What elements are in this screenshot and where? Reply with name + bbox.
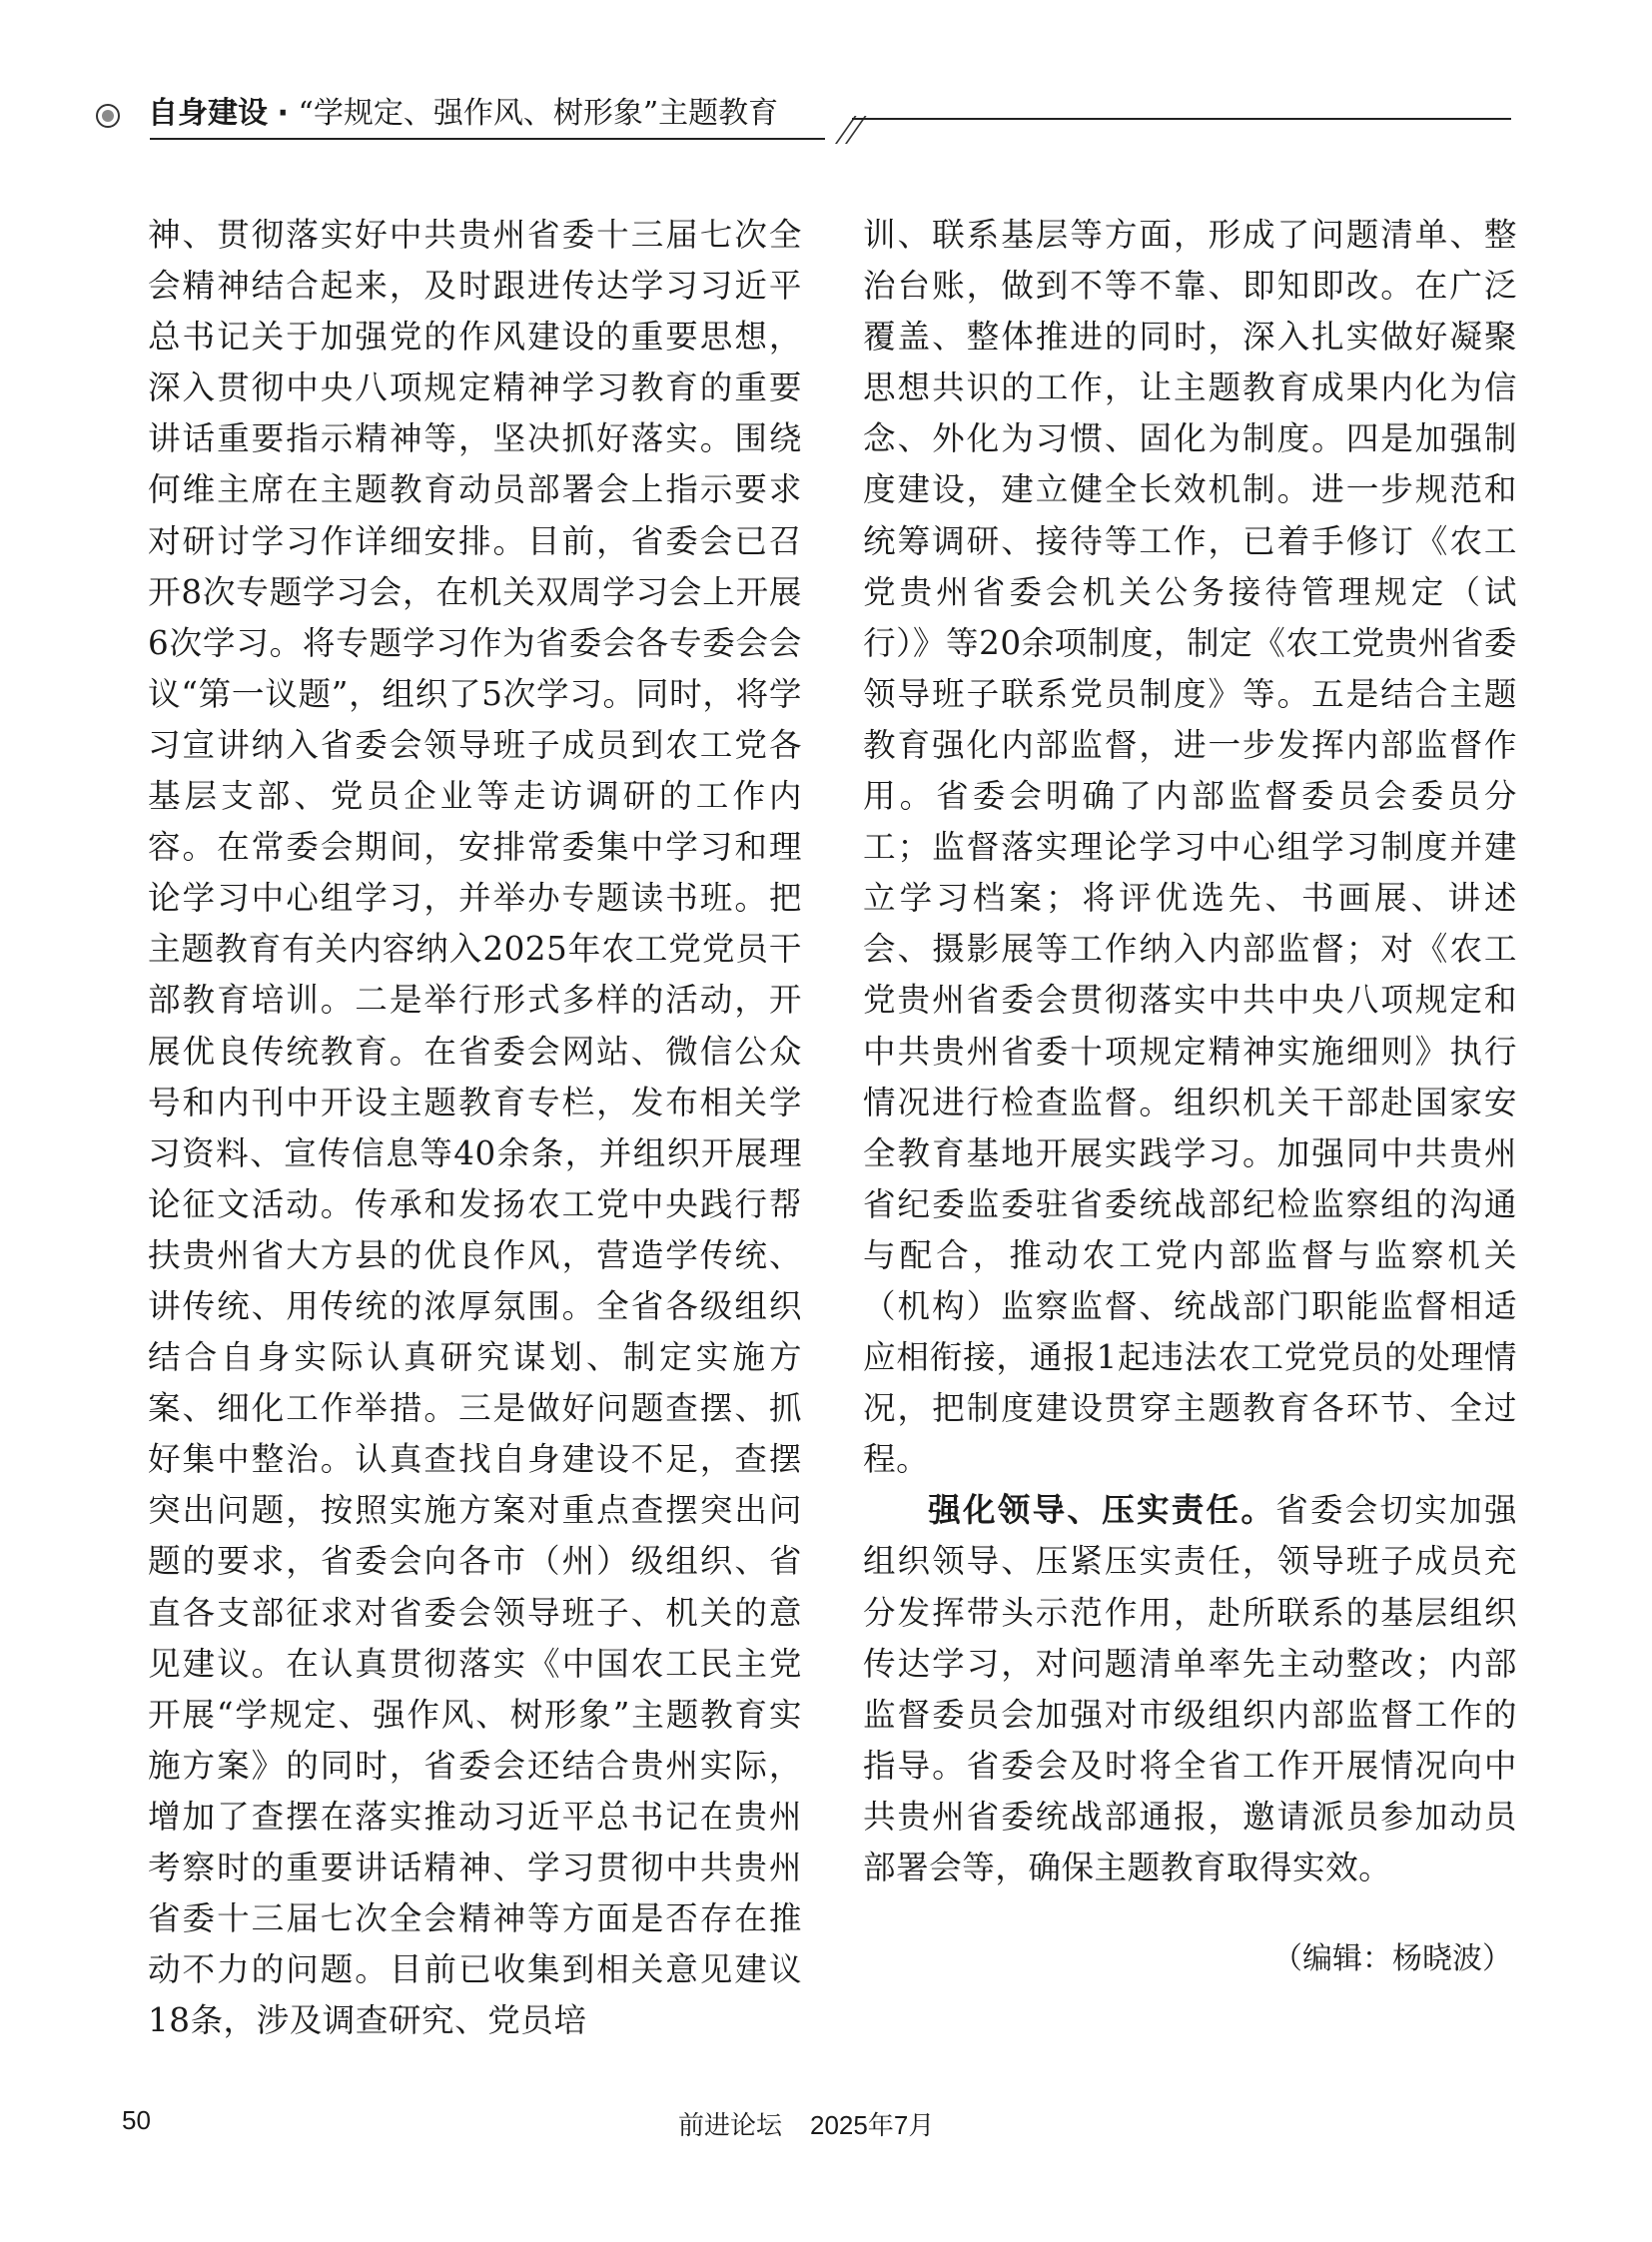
issue-date: 2025年7月	[810, 2110, 934, 2140]
section-bullet-icon	[96, 104, 120, 128]
page-number: 50	[122, 2105, 151, 2136]
header-subtitle: “学规定、强作风、树形象”主题教育	[299, 96, 779, 131]
page-footer: 前进论坛2025年7月	[678, 2105, 934, 2142]
body-paragraph: 神、贯彻落实好中共贵州省委十三届七次全会精神结合起来，及时跟进传达学习习近平总书…	[148, 210, 802, 2046]
header-section: 自身建设	[148, 96, 268, 131]
article-column-left: 神、贯彻落实好中共贵州省委十三届七次全会精神结合起来，及时跟进传达学习习近平总书…	[148, 210, 802, 2046]
header-rule-upper	[852, 118, 1511, 120]
section-heading: 强化领导、压实责任。	[928, 1491, 1275, 1529]
body-paragraph: 训、联系基层等方面，形成了问题清单、整治台账，做到不等不靠、即知即改。在广泛覆盖…	[863, 210, 1517, 1485]
section-paragraph: 强化领导、压实责任。省委会切实加强组织领导、压紧压实责任，领导班子成员充分发挥带…	[863, 1485, 1517, 1893]
article-column-right: 训、联系基层等方面，形成了问题清单、整治台账，做到不等不靠、即知即改。在广泛覆盖…	[863, 210, 1517, 1893]
header-separator: ·	[278, 96, 289, 131]
journal-name: 前进论坛	[678, 2110, 782, 2140]
header-slash-decoration	[845, 116, 867, 144]
header-rule-lower	[150, 138, 825, 140]
section-body: 省委会切实加强组织领导、压紧压实责任，领导班子成员充分发挥带头示范作用，赴所联系…	[863, 1491, 1517, 1886]
header-title: 自身建设 · “学规定、强作风、树形象”主题教育	[148, 92, 778, 136]
editor-credit: （编辑：杨晓波）	[1272, 1937, 1512, 1981]
